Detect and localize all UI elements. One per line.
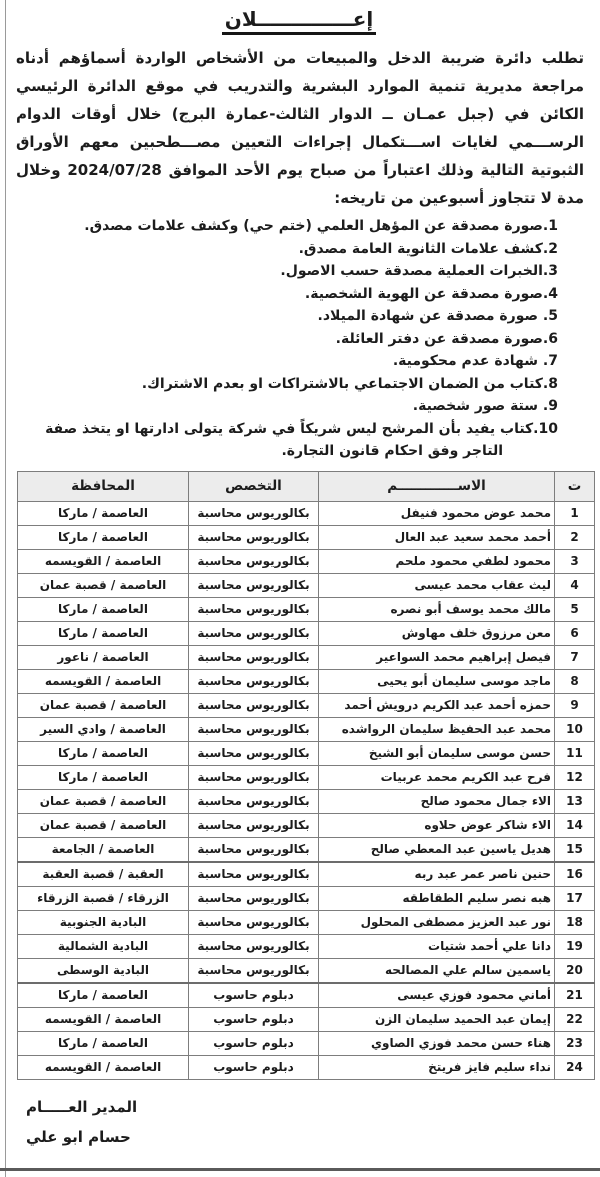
table-row: 11حسن موسى سليمان أبو الشيخبكالوريوس محا… [18,741,595,765]
specialization-cell: بكالوريوس محاسبة [189,525,319,549]
applicant-name-cell: محمد عوض محمود فنيفل [319,501,555,525]
specialization-cell: دبلوم حاسوب [189,1055,319,1079]
applicant-name-cell: ليث عقاب محمد عيسى [319,573,555,597]
row-number-cell: 5 [555,597,595,621]
governorate-cell: العاصمة / ماركا [18,621,189,645]
specialization-cell: بكالوريوس محاسبة [189,501,319,525]
governorate-cell: العاصمة / ماركا [18,741,189,765]
governorate-cell: العاصمة / القويسمه [18,1055,189,1079]
table-row: 6معن مرزوق خلف مهاوشبكالوريوس محاسبةالعا… [18,621,595,645]
applicant-name-cell: محمود لطفي محمود ملحم [319,549,555,573]
requirement-item: 4.صورة مصدقة عن الهوية الشخصية. [16,283,558,306]
page-left-border [5,0,6,1177]
row-number-cell: 17 [555,886,595,910]
governorate-cell: العاصمة / ماركا [18,525,189,549]
row-number-cell: 24 [555,1055,595,1079]
row-number-cell: 15 [555,837,595,862]
table-row: 7فيصل إبراهيم محمد السواعيربكالوريوس محا… [18,645,595,669]
applicant-name-cell: نداء سليم فايز فريتخ [319,1055,555,1079]
specialization-cell: دبلوم حاسوب [189,1007,319,1031]
row-number-cell: 8 [555,669,595,693]
page-bottom-border [0,1168,600,1171]
requirement-item: 8.كتاب من الضمان الاجتماعي بالاشتراكات ا… [16,373,558,396]
governorate-cell: العاصمة / القويسمه [18,1007,189,1031]
governorate-cell: الزرقاء / قصبة الزرقاء [18,886,189,910]
signature-title: المدير العـــــام [26,1092,586,1122]
governorate-cell: العاصمة / ماركا [18,597,189,621]
applicants-table-body: 1محمد عوض محمود فنيفلبكالوريوس محاسبةالع… [18,501,595,1079]
applicant-name-cell: معن مرزوق خلف مهاوش [319,621,555,645]
applicant-name-cell: فيصل إبراهيم محمد السواعير [319,645,555,669]
applicant-name-cell: الاء شاكر عوض حلاوه [319,813,555,837]
table-row: 24نداء سليم فايز فريتخدبلوم حاسوبالعاصمة… [18,1055,595,1079]
table-row: 23هناء حسن محمد فوزي الصاويدبلوم حاسوبال… [18,1031,595,1055]
requirement-item: 10.كتاب يفيد بأن المرشح ليس شريكاً في شر… [16,418,558,463]
table-row: 16حنين ناصر عمر عبد ربهبكالوريوس محاسبةا… [18,862,595,887]
requirement-item: 5. صورة مصدقة عن شهادة الميلاد. [16,305,558,328]
specialization-cell: بكالوريوس محاسبة [189,934,319,958]
specialization-cell: بكالوريوس محاسبة [189,789,319,813]
governorate-cell: العاصمة / قصبة عمان [18,813,189,837]
row-number-cell: 3 [555,549,595,573]
governorate-cell: العاصمة / قصبة عمان [18,693,189,717]
row-number-cell: 22 [555,1007,595,1031]
governorate-cell: العاصمة / ناعور [18,645,189,669]
table-row: 13الاء جمال محمود صالحبكالوريوس محاسبةال… [18,789,595,813]
specialization-cell: بكالوريوس محاسبة [189,549,319,573]
applicant-name-cell: أحمد محمد سعيد عبد العال [319,525,555,549]
table-row: 17هبه نصر سليم الطقاطقهبكالوريوس محاسبةا… [18,886,595,910]
specialization-cell: بكالوريوس محاسبة [189,669,319,693]
page-content: إعــــــــــــــلان تطلب دائرة ضريبة الد… [0,0,600,1152]
governorate-cell: العاصمة / ماركا [18,501,189,525]
table-row: 4ليث عقاب محمد عيسىبكالوريوس محاسبةالعاص… [18,573,595,597]
governorate-cell: العاصمة / وادي السير [18,717,189,741]
page-title: إعــــــــــــــلان [222,7,376,35]
row-number-cell: 10 [555,717,595,741]
table-row: 19دانا علي أحمد شتياتبكالوريوس محاسبةالب… [18,934,595,958]
governorate-cell: العاصمة / قصبة عمان [18,573,189,597]
governorate-cell: العاصمة / ماركا [18,765,189,789]
intro-paragraph: تطلب دائرة ضريبة الدخل والمبيعات من الأش… [16,44,584,212]
table-row: 5مالك محمد يوسف أبو نصرهبكالوريوس محاسبة… [18,597,595,621]
requirement-item: 6.صورة مصدقة عن دفتر العائلة. [16,328,558,351]
specialization-cell: بكالوريوس محاسبة [189,717,319,741]
applicant-name-cell: حنين ناصر عمر عبد ربه [319,862,555,887]
requirement-item: 9. ستة صور شخصية. [16,395,558,418]
column-header-name: الاســـــــــــــم [319,471,555,501]
table-row: 2أحمد محمد سعيد عبد العالبكالوريوس محاسب… [18,525,595,549]
table-row: 12فرح عبد الكريم محمد عربياتبكالوريوس مح… [18,765,595,789]
table-row: 20ياسمين سالم علي المصالحهبكالوريوس محاس… [18,958,595,983]
row-number-cell: 12 [555,765,595,789]
governorate-cell: العقبة / قصبة العقبة [18,862,189,887]
table-row: 9حمزه أحمد عبد الكريم درويش أحمدبكالوريو… [18,693,595,717]
column-header-number: ت [555,471,595,501]
table-row: 22إيمان عبد الحميد سليمان الزندبلوم حاسو… [18,1007,595,1031]
table-row: 10محمد عبد الحفيظ سليمان الرواشدهبكالوري… [18,717,595,741]
row-number-cell: 2 [555,525,595,549]
requirements-list: 1.صورة مصدقة عن المؤهل العلمي (ختم حي) و… [16,215,558,463]
row-number-cell: 4 [555,573,595,597]
applicant-name-cell: محمد عبد الحفيظ سليمان الرواشده [319,717,555,741]
row-number-cell: 14 [555,813,595,837]
column-header-governorate: المحافظة [18,471,189,501]
governorate-cell: العاصمة / القويسمه [18,549,189,573]
requirement-item: 7. شهادة عدم محكومية. [16,350,558,373]
governorate-cell: العاصمة / ماركا [18,983,189,1008]
announcement-page: إعــــــــــــــلان تطلب دائرة ضريبة الد… [0,0,600,1177]
table-row: 1محمد عوض محمود فنيفلبكالوريوس محاسبةالع… [18,501,595,525]
specialization-cell: بكالوريوس محاسبة [189,813,319,837]
applicant-name-cell: حسن موسى سليمان أبو الشيخ [319,741,555,765]
applicant-name-cell: ماجد موسى سليمان أبو يحيى [319,669,555,693]
row-number-cell: 18 [555,910,595,934]
requirement-item: 3.الخبرات العملية مصدقة حسب الاصول. [16,260,558,283]
row-number-cell: 21 [555,983,595,1008]
specialization-cell: بكالوريوس محاسبة [189,645,319,669]
row-number-cell: 20 [555,958,595,983]
table-row: 3محمود لطفي محمود ملحمبكالوريوس محاسبةال… [18,549,595,573]
table-row: 21أماني محمود فوزي عيسىدبلوم حاسوبالعاصم… [18,983,595,1008]
table-row: 8ماجد موسى سليمان أبو يحيىبكالوريوس محاس… [18,669,595,693]
table-row: 15هديل ياسين عبد المعطي صالحبكالوريوس مح… [18,837,595,862]
applicant-name-cell: هبه نصر سليم الطقاطقه [319,886,555,910]
specialization-cell: بكالوريوس محاسبة [189,573,319,597]
requirement-item: 2.كشف علامات الثانوية العامة مصدق. [16,238,558,261]
specialization-cell: بكالوريوس محاسبة [189,621,319,645]
row-number-cell: 7 [555,645,595,669]
governorate-cell: العاصمة / قصبة عمان [18,789,189,813]
signature-name: حسام ابو علي [26,1122,586,1152]
specialization-cell: بكالوريوس محاسبة [189,958,319,983]
governorate-cell: العاصمة / ماركا [18,1031,189,1055]
row-number-cell: 6 [555,621,595,645]
specialization-cell: بكالوريوس محاسبة [189,837,319,862]
governorate-cell: البادية الشمالية [18,934,189,958]
applicant-name-cell: هناء حسن محمد فوزي الصاوي [319,1031,555,1055]
specialization-cell: بكالوريوس محاسبة [189,862,319,887]
specialization-cell: بكالوريوس محاسبة [189,910,319,934]
applicant-name-cell: نور عبد العزيز مصطفى المحلول [319,910,555,934]
row-number-cell: 11 [555,741,595,765]
applicant-name-cell: فرح عبد الكريم محمد عربيات [319,765,555,789]
applicant-name-cell: أماني محمود فوزي عيسى [319,983,555,1008]
row-number-cell: 1 [555,501,595,525]
specialization-cell: بكالوريوس محاسبة [189,765,319,789]
governorate-cell: البادية الوسطى [18,958,189,983]
table-row: 14الاء شاكر عوض حلاوهبكالوريوس محاسبةالع… [18,813,595,837]
applicant-name-cell: حمزه أحمد عبد الكريم درويش أحمد [319,693,555,717]
applicant-name-cell: الاء جمال محمود صالح [319,789,555,813]
applicant-name-cell: ياسمين سالم علي المصالحه [319,958,555,983]
governorate-cell: العاصمة / الجامعة [18,837,189,862]
specialization-cell: بكالوريوس محاسبة [189,597,319,621]
requirement-item: 1.صورة مصدقة عن المؤهل العلمي (ختم حي) و… [16,215,558,238]
specialization-cell: دبلوم حاسوب [189,983,319,1008]
table-row: 18نور عبد العزيز مصطفى المحلولبكالوريوس … [18,910,595,934]
applicants-table-header: ت الاســـــــــــــم التخصص المحافظة [18,471,595,501]
row-number-cell: 23 [555,1031,595,1055]
table-header-row: ت الاســـــــــــــم التخصص المحافظة [18,471,595,501]
row-number-cell: 13 [555,789,595,813]
applicant-name-cell: مالك محمد يوسف أبو نصره [319,597,555,621]
specialization-cell: بكالوريوس محاسبة [189,886,319,910]
row-number-cell: 9 [555,693,595,717]
applicant-name-cell: دانا علي أحمد شتيات [319,934,555,958]
specialization-cell: بكالوريوس محاسبة [189,741,319,765]
governorate-cell: العاصمة / القويسمه [18,669,189,693]
row-number-cell: 19 [555,934,595,958]
column-header-specialty: التخصص [189,471,319,501]
row-number-cell: 16 [555,862,595,887]
applicant-name-cell: إيمان عبد الحميد سليمان الزن [319,1007,555,1031]
signature-block: المدير العـــــام حسام ابو علي [12,1092,586,1152]
specialization-cell: بكالوريوس محاسبة [189,693,319,717]
governorate-cell: البادية الجنوبية [18,910,189,934]
applicant-name-cell: هديل ياسين عبد المعطي صالح [319,837,555,862]
specialization-cell: دبلوم حاسوب [189,1031,319,1055]
applicants-table: ت الاســـــــــــــم التخصص المحافظة 1مح… [17,471,595,1080]
